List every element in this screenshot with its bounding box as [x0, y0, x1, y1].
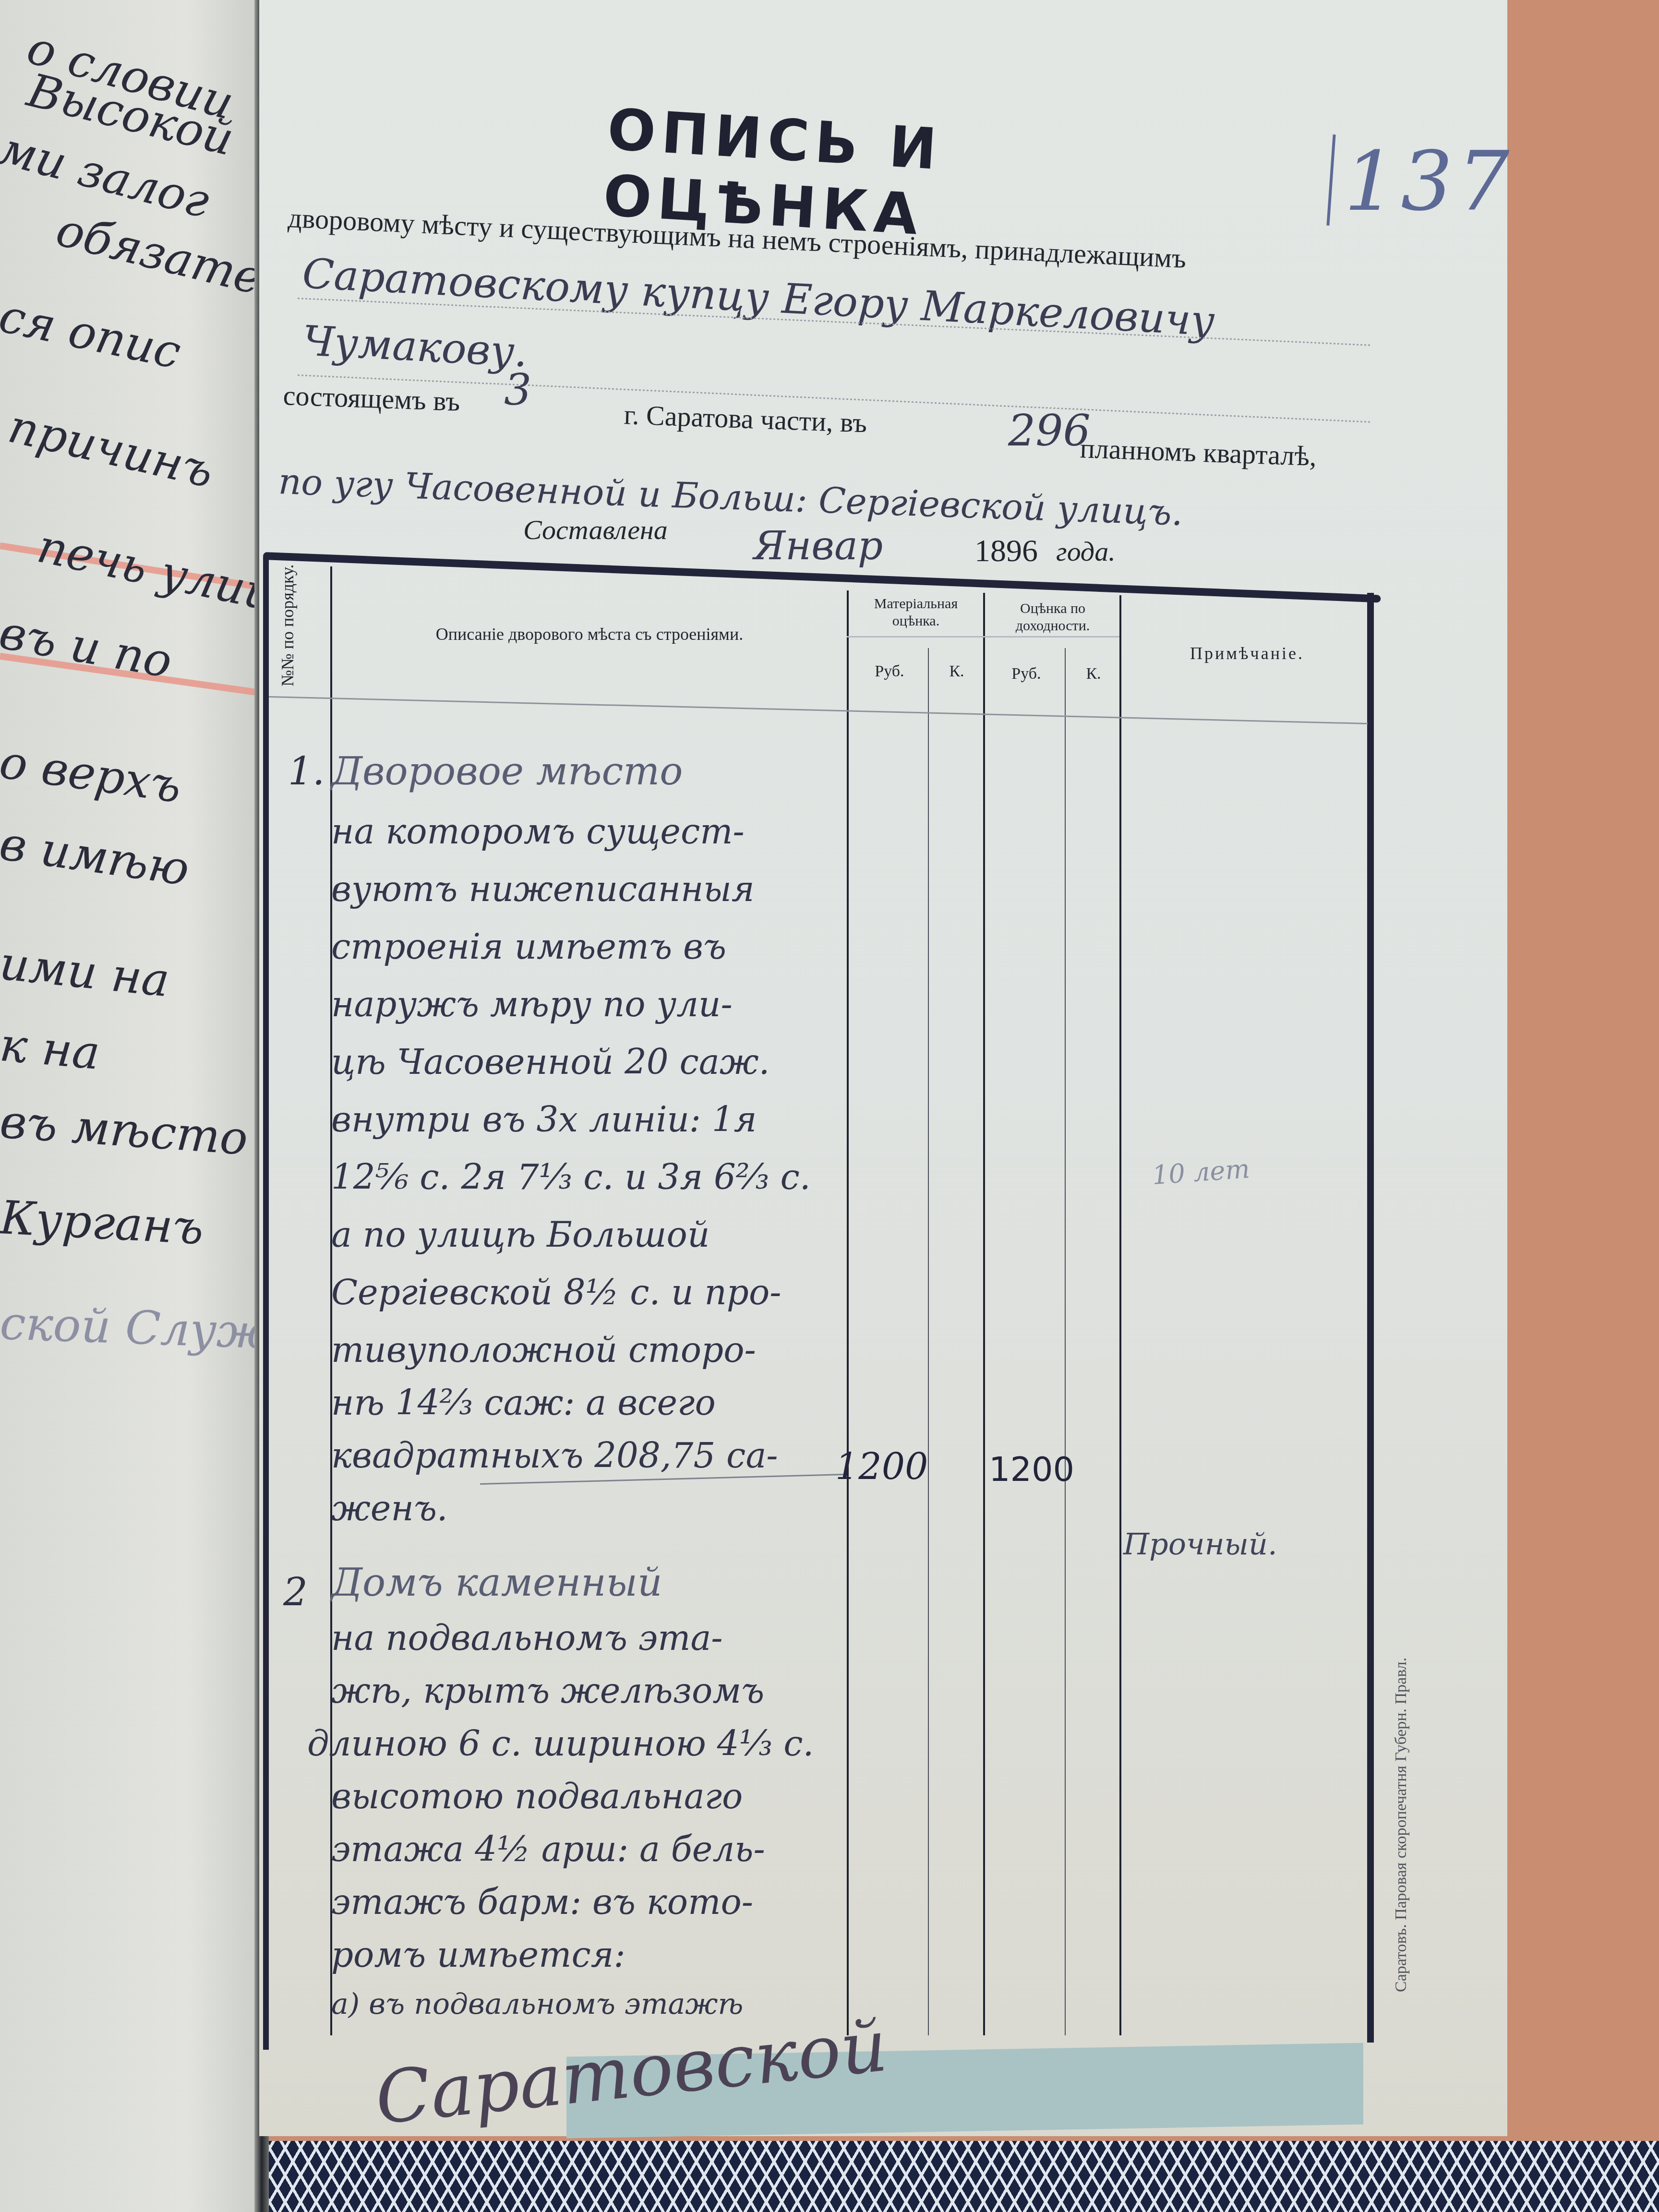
- header-material-value: Матеріальная оцѣнка.: [851, 595, 981, 630]
- header-material-rub: Руб.: [851, 662, 928, 681]
- row-description-line: ромъ имѣется:: [331, 1935, 625, 1975]
- subheader-rule: [847, 636, 1119, 637]
- left-page: о словии Высокой ми залог обязатель- ся …: [0, 0, 269, 2212]
- row-description-line: 12⅚ с. 2я 7⅓ с. и 3я 6⅔ с.: [331, 1157, 811, 1197]
- header-rule: [269, 696, 1368, 724]
- row-description-line: а) въ подвальномъ этажѣ: [331, 1987, 743, 2021]
- header-income-value: Оцѣнка по доходности.: [988, 600, 1118, 635]
- row-number: 2: [283, 1570, 308, 1614]
- row-description-line: цѣ Часовенной 20 саж.: [331, 1042, 769, 1082]
- left-line: о верхъ: [0, 735, 269, 826]
- row-number: 1.: [288, 749, 325, 793]
- material-rub-value: 1200: [835, 1445, 928, 1488]
- row-description-line: жѣ, крытъ желѣзомъ: [331, 1671, 764, 1711]
- left-line: к на: [0, 1018, 269, 1094]
- row-description-line: а по улицѣ Большой: [331, 1214, 709, 1255]
- left-line: ими на: [0, 936, 269, 1018]
- location-block: 296: [1008, 406, 1091, 456]
- left-line: въ и по: [0, 605, 269, 705]
- left-line: въ мѣсто: [0, 1094, 269, 1167]
- header-remarks: Примѣчаніе.: [1127, 643, 1367, 663]
- income-rub-value: 1200: [989, 1450, 1074, 1489]
- left-line: печь улицъ: [33, 519, 269, 627]
- table-border-right: [1367, 593, 1374, 2043]
- row-description-line: Сергіевской 8½ с. и про-: [331, 1272, 781, 1312]
- col-divider: [1065, 648, 1066, 2035]
- row-description-line: длиною 6 с. шириною 4⅓ с.: [307, 1723, 814, 1764]
- row-description-line: на которомъ сущест-: [331, 811, 745, 852]
- left-line: ской Служ: [0, 1296, 269, 1359]
- table-border-left: [263, 557, 269, 2050]
- printer-imprint: Саратовъ. Паровая скоропечатня Губерн. П…: [1392, 1658, 1410, 1992]
- col-divider: [1119, 595, 1121, 2035]
- mesh-bag: [230, 2141, 1659, 2212]
- row-description-line: женъ.: [331, 1488, 448, 1528]
- row-description-line: Дворовое мѣсто: [331, 749, 683, 793]
- row-description-line: Домъ каменный: [331, 1560, 662, 1605]
- row-description-line: нѣ 14⅔ саж: а всего: [331, 1382, 716, 1423]
- row-description-line: на подвальномъ эта-: [331, 1618, 723, 1658]
- header-description: Описаніе дворового мѣста съ строеніями.: [345, 624, 834, 644]
- row-description-line: этажа 4½ арш: а бель-: [331, 1829, 765, 1869]
- location-prefix: состоящемъ въ: [283, 379, 461, 418]
- row-description-line: этажъ барм: въ кото-: [331, 1882, 753, 1922]
- left-line: ся опис: [0, 289, 268, 397]
- left-line: Курганъ: [0, 1190, 269, 1258]
- table-border-top: [263, 552, 1381, 602]
- left-line: в имѣю: [0, 817, 269, 907]
- header-number: №№ по порядку.: [277, 565, 298, 686]
- location-part: 3: [504, 365, 531, 415]
- compiled-label: Составлена: [523, 514, 668, 546]
- row-description-line: вуютъ нижеписанныя: [331, 869, 755, 909]
- remark-text: Прочный.: [1123, 1527, 1277, 1562]
- row-description-line: строенія имѣетъ въ: [331, 926, 726, 967]
- row-description-line: внутри въ 3х линіи: 1я: [331, 1099, 757, 1140]
- header-income-rub: Руб.: [988, 665, 1065, 683]
- header-income-kop: К.: [1067, 665, 1120, 683]
- row-description-line: высотою подвальнаго: [331, 1776, 743, 1816]
- col-divider: [928, 648, 929, 2035]
- col-divider: [983, 593, 985, 2035]
- page-number: 137: [1344, 134, 1514, 229]
- row-description-line: тивуположной сторо-: [331, 1330, 756, 1370]
- row-description-line: наружъ мѣру по ули-: [331, 984, 733, 1024]
- col-divider: [847, 590, 849, 2035]
- row-description-line: квадратныхъ 208,75 са-: [331, 1435, 778, 1476]
- header-material-kop: К.: [930, 662, 983, 681]
- left-line: причинъ: [3, 399, 269, 512]
